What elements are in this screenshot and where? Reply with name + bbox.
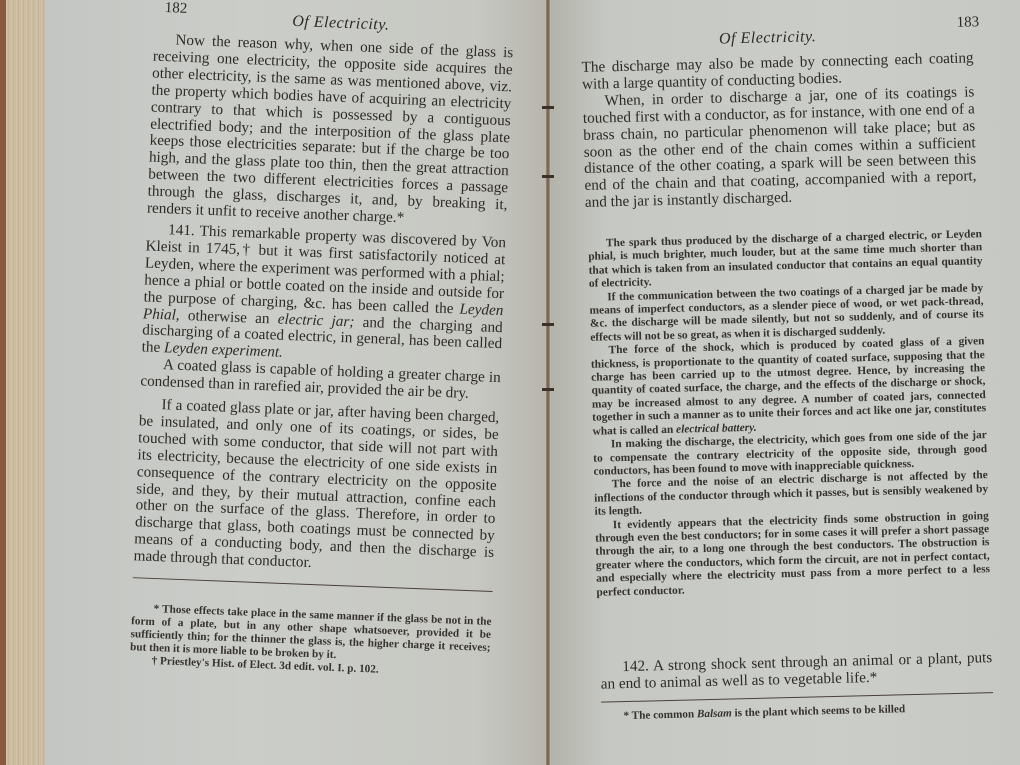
small-print-text: The spark thus produced by the discharge… xyxy=(588,228,991,599)
body-text: The discharge may also be made by connec… xyxy=(581,50,977,212)
footnotes: * Those effects take place in the same m… xyxy=(129,602,491,681)
left-page: 182 Of Electricity. Now the reason why, … xyxy=(45,0,550,765)
footnote-rule xyxy=(133,577,493,592)
paragraph: Now the reason why, when one side of the… xyxy=(147,32,514,232)
running-head: Of Electricity. xyxy=(292,13,390,35)
paragraph: When, in order to discharge a jar, one o… xyxy=(582,84,977,212)
paragraph: If a coated glass plate or jar, after ha… xyxy=(133,396,499,579)
binding-stitch xyxy=(542,106,554,109)
paragraph-141: 141. This remarkable property was discov… xyxy=(141,221,506,370)
paragraph: It evidently appears that the electricit… xyxy=(595,510,991,600)
binding-stitch xyxy=(542,323,554,326)
book-page-edges xyxy=(0,0,45,765)
body-text: Now the reason why, when one side of the… xyxy=(129,32,513,681)
book-gutter xyxy=(546,0,550,765)
section-142: 142. A strong shock sent through an anim… xyxy=(600,650,993,723)
page-number: 182 xyxy=(164,0,187,18)
paragraph: The spark thus produced by the discharge… xyxy=(588,228,983,291)
paragraph-142: 142. A strong shock sent through an anim… xyxy=(600,650,993,693)
binding-stitch xyxy=(542,388,554,391)
footnote-rule xyxy=(601,692,993,703)
footnote: * The common Balsam is the plant which s… xyxy=(601,701,993,724)
running-head: Of Electricity. xyxy=(719,28,817,48)
page-number: 183 xyxy=(956,14,979,32)
binding-stitch xyxy=(542,175,554,178)
right-page: Of Electricity. 183 The discharge may al… xyxy=(550,0,1020,765)
paragraph: The force of the shock, which is produce… xyxy=(590,335,986,438)
paragraph: If the communication between the two coa… xyxy=(589,282,984,345)
